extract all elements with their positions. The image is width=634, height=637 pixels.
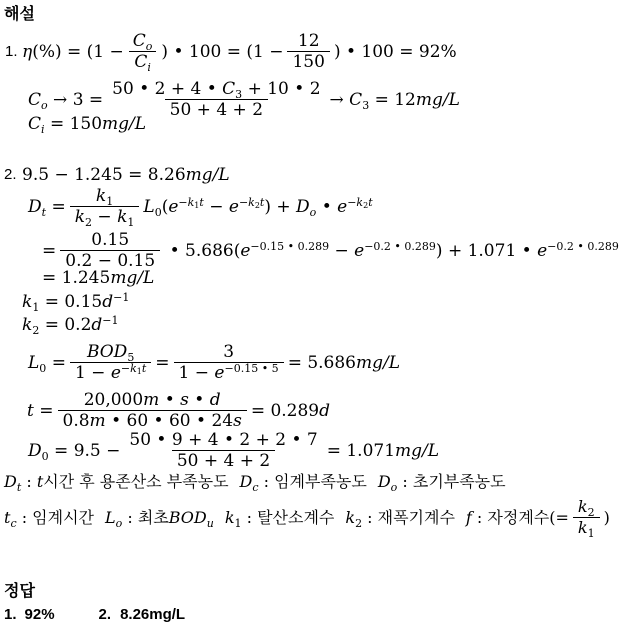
math-token: • bbox=[189, 390, 210, 410]
math-token: = bbox=[46, 197, 66, 217]
math-token: C bbox=[134, 52, 147, 72]
math-token: = 0.2 bbox=[39, 315, 91, 335]
denominator: k1 bbox=[573, 517, 600, 538]
math-token: k2 = 0.2d−1 bbox=[22, 315, 119, 335]
subscript: i bbox=[147, 61, 151, 74]
fraction: 0.15 0.2 − 0.15 bbox=[60, 230, 160, 271]
subscript: 1 bbox=[588, 527, 595, 540]
p2-k2-value: k2 = 0.2d−1 bbox=[22, 315, 119, 335]
math-token: 50 • 2 + 4 • bbox=[112, 79, 222, 99]
math-token: + 10 • 2 bbox=[242, 79, 320, 99]
math-token: η bbox=[22, 42, 32, 62]
math-token: m bbox=[143, 390, 159, 410]
p1-efficiency-formula: 1. η(%) = (1 − Co Ci ) • 100 = (1 − 12 1… bbox=[5, 31, 457, 72]
definition-text: : 초기부족농도 bbox=[397, 472, 505, 491]
math-token: = 0.15 bbox=[39, 292, 102, 312]
math-token: L bbox=[28, 353, 39, 373]
definition-item: k2 : 재폭기계수 bbox=[345, 507, 455, 529]
fraction: 50 • 9 + 4 • 2 + 2 • 7 50 + 4 + 2 bbox=[124, 430, 322, 471]
math-token: e bbox=[229, 197, 239, 217]
math-token: L0(e−k1t − e−k2t) + Do • e−k2t bbox=[143, 197, 372, 217]
math-token: BOD bbox=[169, 508, 207, 527]
definition-text: : 탈산소계수 bbox=[242, 508, 335, 527]
superscript: −k2t bbox=[239, 196, 264, 209]
math-token: k1 = 0.15d−1 bbox=[22, 292, 129, 312]
superscript: −k2t bbox=[347, 196, 372, 209]
math-token: → bbox=[330, 90, 350, 110]
math-token: d bbox=[91, 315, 102, 335]
math-token: e bbox=[537, 241, 547, 261]
answer-value-2: 8.26mg/L bbox=[120, 606, 185, 624]
math-token: = bbox=[34, 401, 54, 421]
p2-l0-formula: L0 = BOD5 1 − e−k1t = 3 1 − e−0.15 • 5 =… bbox=[28, 342, 400, 383]
math-token: • 5.686( bbox=[164, 241, 240, 261]
math-token: e bbox=[168, 197, 178, 217]
superscript: −0.15 • 5 bbox=[224, 362, 278, 375]
unit-label: d bbox=[319, 401, 330, 421]
math-token: • bbox=[316, 197, 337, 217]
math-token: t bbox=[368, 196, 372, 209]
subscript: 0 bbox=[155, 206, 162, 219]
math-token: = 1.071 bbox=[327, 441, 395, 461]
numerator: 50 • 9 + 4 • 2 + 2 • 7 bbox=[124, 430, 322, 450]
math-token: e bbox=[240, 241, 250, 261]
math-token: ) bbox=[604, 507, 610, 529]
math-token: ) • 100 = (1 − bbox=[161, 42, 283, 62]
denominator: 150 bbox=[287, 51, 329, 72]
math-token: D bbox=[240, 472, 253, 491]
math-token: = 1.245 bbox=[42, 268, 110, 288]
math-token: −k bbox=[121, 362, 137, 375]
math-token: D bbox=[4, 472, 17, 491]
math-token: D bbox=[28, 197, 42, 217]
unit-label: mg/L bbox=[110, 268, 154, 288]
math-token: t bbox=[142, 362, 146, 375]
subscript: o bbox=[41, 99, 48, 112]
denominator: 1 − e−k1t bbox=[70, 362, 151, 383]
math-token: −k bbox=[178, 196, 194, 209]
math-token: • 60 • 60 • 24 bbox=[106, 411, 233, 431]
math-token: k bbox=[22, 292, 32, 312]
definition-text: : 임계부족농도 bbox=[259, 472, 367, 491]
math-token: − bbox=[92, 207, 117, 227]
math-token: k bbox=[22, 315, 32, 335]
math-token: k bbox=[117, 207, 127, 227]
math-token: k bbox=[96, 186, 106, 206]
math-token: s bbox=[180, 390, 189, 410]
definition-text: 시간 후 용존산소 부족농도 bbox=[43, 472, 228, 491]
math-token: k bbox=[225, 508, 235, 527]
math-token: 1 − bbox=[75, 363, 111, 383]
answer-number-1: 1. bbox=[4, 606, 17, 624]
superscript: −0.2 • 0.289 bbox=[547, 240, 619, 253]
p2-d0-formula: D0 = 9.5 − 50 • 9 + 4 • 2 + 2 • 7 50 + 4… bbox=[28, 430, 439, 471]
item-number: 2. bbox=[4, 165, 22, 185]
unit-label: mg/L bbox=[186, 165, 230, 185]
answers-row: 1. 92% 2. 8.26mg/L bbox=[4, 606, 185, 624]
numerator: k2 bbox=[573, 497, 600, 517]
fraction: BOD5 1 − e−k1t bbox=[70, 342, 151, 383]
math-token: = 5.686mg/L bbox=[288, 353, 400, 373]
math-token: = bbox=[46, 353, 66, 373]
math-token: L bbox=[143, 197, 154, 217]
math-token: s bbox=[233, 411, 242, 431]
math-token: k bbox=[578, 497, 588, 516]
subscript: u bbox=[207, 517, 214, 530]
denominator: 1 − e−0.15 • 5 bbox=[174, 362, 284, 383]
p2-dt-result: = 1.245mg/L bbox=[42, 268, 154, 288]
answer-number-2: 2. bbox=[99, 606, 112, 624]
math-token: : bbox=[21, 472, 37, 491]
math-token: i bbox=[147, 61, 151, 74]
symbol-definitions-line1: Dt : t시간 후 용존산소 부족농도 Dc : 임계부족농도 Do : 초기… bbox=[4, 471, 517, 493]
math-token: t bbox=[27, 401, 34, 421]
math-token: k bbox=[75, 207, 85, 227]
math-token: Co → 3 = bbox=[28, 90, 103, 110]
math-token: L bbox=[105, 508, 116, 527]
denominator: 50 + 4 + 2 bbox=[165, 99, 268, 120]
superscript: −0.2 • 0.289 bbox=[364, 240, 436, 253]
subscript: 1 bbox=[127, 216, 134, 229]
math-token: = 150 bbox=[45, 114, 103, 134]
definition-text: : 자정계수(= bbox=[472, 508, 569, 527]
math-token: − bbox=[329, 241, 354, 261]
math-token: Ci = 150mg/L bbox=[28, 114, 146, 134]
math-token: C bbox=[133, 31, 146, 51]
denominator: 50 + 4 + 2 bbox=[172, 450, 275, 471]
math-token: ) + bbox=[264, 197, 296, 217]
math-token: C bbox=[222, 79, 235, 99]
math-token: • bbox=[159, 390, 180, 410]
superscript: −1 bbox=[113, 291, 129, 304]
math-token: u bbox=[207, 517, 214, 530]
math-token: C bbox=[349, 90, 362, 110]
fraction: 12 150 bbox=[287, 31, 329, 72]
math-token: 1 − bbox=[179, 363, 215, 383]
math-token: 0.8 bbox=[63, 411, 90, 431]
math-token: • 5.686(e−0.15 • 0.289 − e−0.2 • 0.289) … bbox=[164, 241, 619, 261]
math-token: e bbox=[354, 241, 364, 261]
fraction: k2 k1 bbox=[573, 497, 600, 538]
math-token: e bbox=[111, 363, 121, 383]
p2-time-formula: t = 20,000m • s • d 0.8m • 60 • 60 • 24s… bbox=[27, 390, 330, 431]
math-token: → 3 = bbox=[48, 90, 104, 110]
definition-item: Do : 초기부족농도 bbox=[378, 471, 506, 493]
math-token: ) + 1.071 • bbox=[436, 241, 537, 261]
math-token: 20,000 bbox=[84, 390, 143, 410]
math-token: e bbox=[214, 363, 224, 383]
denominator: 0.8m • 60 • 60 • 24s bbox=[58, 410, 247, 431]
definition-text: : 재폭기계수 bbox=[362, 508, 455, 527]
math-token: 9.5 − 1.245 = 8.26 bbox=[22, 165, 186, 185]
numerator: BOD5 bbox=[82, 342, 139, 362]
unit-label: mg/L bbox=[416, 90, 460, 110]
math-token: k bbox=[345, 508, 355, 527]
p2-dt-substitution: = 0.15 0.2 − 0.15 • 5.686(e−0.15 • 0.289… bbox=[42, 230, 619, 271]
math-token: m bbox=[90, 411, 106, 431]
subscript: 2 bbox=[85, 216, 92, 229]
math-token: D bbox=[378, 472, 391, 491]
definition-item: k1 : 탈산소계수 bbox=[225, 507, 335, 529]
math-token: e bbox=[337, 197, 347, 217]
explanation-heading: 해설 bbox=[4, 6, 35, 23]
math-token: o bbox=[41, 99, 48, 112]
denominator: k2 − k1 bbox=[70, 206, 140, 227]
math-token: −k bbox=[347, 196, 363, 209]
numerator: Co bbox=[128, 31, 158, 51]
numerator: 0.15 bbox=[86, 230, 134, 250]
superscript: −1 bbox=[102, 314, 118, 327]
unit-label: mg/L bbox=[356, 353, 400, 373]
numerator: 12 bbox=[293, 31, 325, 51]
math-token: d bbox=[210, 390, 221, 410]
math-token: = 5.686 bbox=[288, 353, 356, 373]
math-token: = bbox=[155, 353, 169, 373]
answer-value-1: 92% bbox=[25, 606, 55, 624]
superscript: −k1t bbox=[121, 362, 146, 375]
definition-text: : 최초 bbox=[122, 508, 168, 527]
answer-heading: 정답 bbox=[4, 583, 35, 600]
math-token: = bbox=[42, 241, 56, 261]
math-token: → C3 = 12mg/L bbox=[330, 90, 460, 110]
math-token: −k bbox=[239, 196, 255, 209]
math-token: 9.5 − 1.245 = 8.26mg/L bbox=[22, 165, 230, 185]
math-token: = 12 bbox=[369, 90, 416, 110]
math-token: D bbox=[28, 441, 42, 461]
subscript: 1 bbox=[235, 517, 242, 530]
math-token: k bbox=[578, 518, 588, 537]
math-token: D0 = 9.5 − bbox=[28, 441, 120, 461]
math-token: t = bbox=[27, 401, 54, 421]
math-token: η(%) = (1 − bbox=[22, 42, 124, 62]
definition-item: Dc : 임계부족농도 bbox=[240, 471, 367, 493]
math-token: = 1.071mg/L bbox=[327, 441, 439, 461]
math-token: BOD bbox=[87, 342, 127, 362]
math-token: = 1.245mg/L bbox=[42, 268, 154, 288]
p2-result-line: 2. 9.5 − 1.245 = 8.26mg/L bbox=[4, 165, 230, 185]
denominator: Ci bbox=[129, 51, 156, 72]
unit-label: mg/L bbox=[102, 114, 146, 134]
definition-item: tc : 임계시간 bbox=[4, 507, 94, 529]
fraction: 3 1 − e−0.15 • 5 bbox=[174, 342, 284, 383]
subscript: 0 bbox=[42, 450, 49, 463]
superscript: −k1t bbox=[178, 196, 203, 209]
math-token: − bbox=[204, 197, 229, 217]
math-token: d bbox=[102, 292, 113, 312]
fraction: 20,000m • s • d 0.8m • 60 • 60 • 24s bbox=[58, 390, 247, 431]
math-token: C bbox=[28, 114, 41, 134]
math-token: C bbox=[28, 90, 41, 110]
math-token: (%) = (1 − bbox=[32, 42, 124, 62]
unit-label: mg/L bbox=[395, 441, 439, 461]
numerator: 20,000m • s • d bbox=[79, 390, 226, 410]
p1-ci-value: Ci = 150mg/L bbox=[28, 114, 146, 134]
math-token: = 0.289 bbox=[251, 401, 319, 421]
math-token: = 0.289d bbox=[251, 401, 330, 421]
math-token: D bbox=[296, 197, 310, 217]
fraction: Co Ci bbox=[128, 31, 158, 72]
superscript: −0.15 • 0.289 bbox=[250, 240, 329, 253]
math-token: ) • 100 = 92% bbox=[334, 42, 457, 62]
numerator: k1 bbox=[91, 186, 118, 206]
definition-item: f : 자정계수(= bbox=[466, 507, 569, 529]
item-number: 1. bbox=[5, 42, 22, 62]
solution-page: 해설 1. η(%) = (1 − Co Ci ) • 100 = (1 − 1… bbox=[0, 0, 634, 637]
math-token: L0 = bbox=[28, 353, 66, 373]
math-token: Dt = bbox=[28, 197, 66, 217]
definition-text: : 임계시간 bbox=[17, 508, 94, 527]
fraction: k1 k2 − k1 bbox=[70, 186, 140, 227]
definition-item: Lo : 최초BODu bbox=[105, 507, 214, 529]
symbol-definitions-line2: tc : 임계시간 Lo : 최초BODu k1 : 탈산소계수 k2 : 재폭… bbox=[4, 497, 610, 538]
numerator: 3 bbox=[218, 342, 239, 362]
math-token: = 9.5 − bbox=[49, 441, 121, 461]
p2-k1-value: k1 = 0.15d−1 bbox=[22, 292, 129, 312]
numerator: 50 • 2 + 4 • C3 + 10 • 2 bbox=[107, 79, 325, 99]
definition-item: Dt : t시간 후 용존산소 부족농도 bbox=[4, 471, 229, 493]
p2-dt-formula: Dt = k1 k2 − k1 L0(e−k1t − e−k2t) + Do •… bbox=[28, 186, 373, 227]
